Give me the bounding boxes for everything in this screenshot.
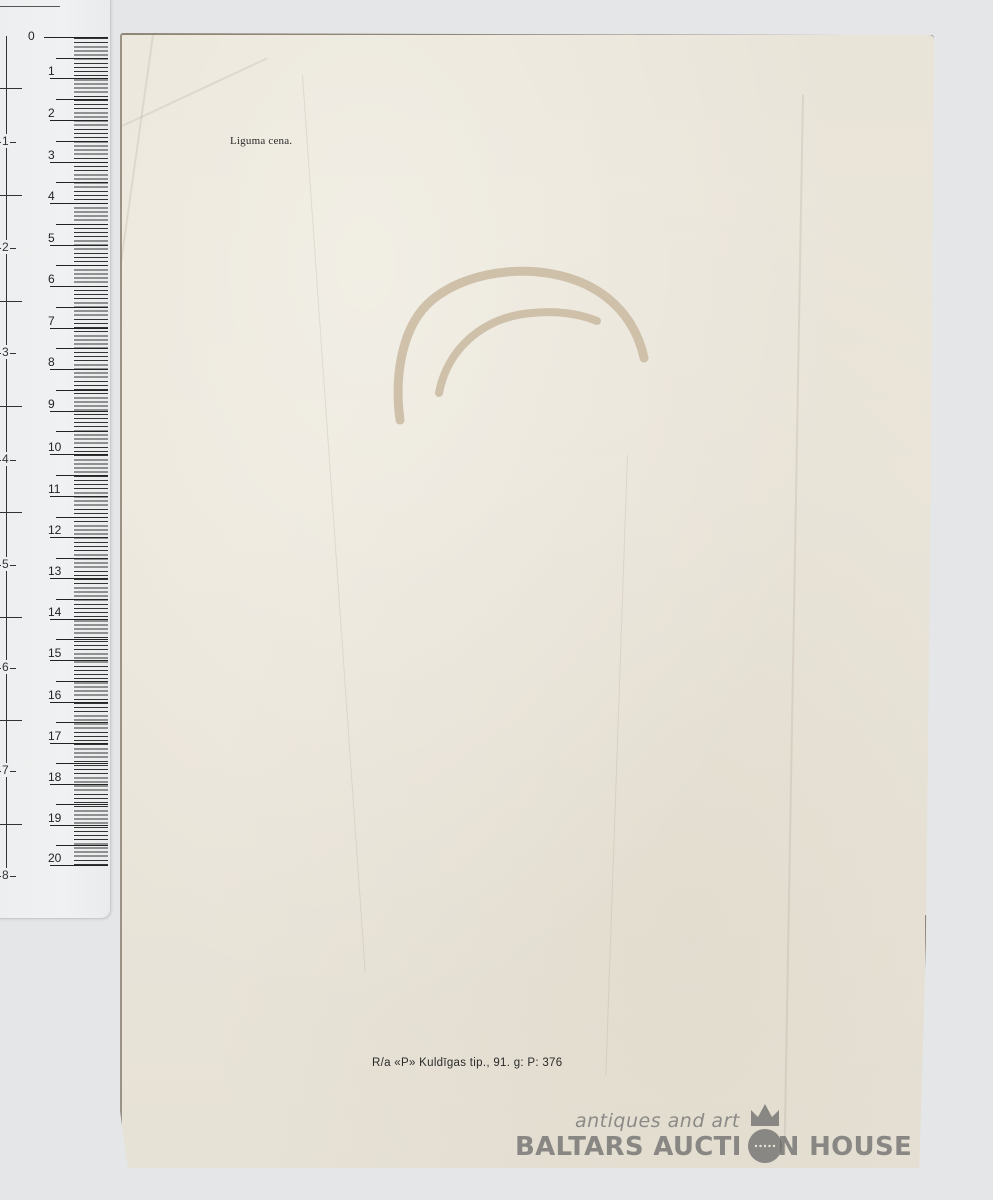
cm-major-tick: [50, 120, 108, 121]
inch-half-tick: [0, 617, 22, 618]
inch-half-tick: [0, 406, 22, 407]
binding-edge: [925, 915, 928, 975]
inch-label: 5: [1, 557, 10, 571]
cm-half-tick: [56, 99, 108, 100]
cm-label: 1: [48, 64, 55, 78]
cm-half-tick: [56, 722, 108, 723]
printer-imprint: R/a «P» Kuldīgas tip., 91. g: P: 376: [372, 1057, 562, 1069]
inch-label: 6: [1, 660, 10, 674]
cm-major-tick: [50, 369, 108, 370]
watermark-name: BALTARS AUCTIN HOUSE: [515, 1132, 912, 1162]
cm-half-tick: [56, 845, 108, 846]
cm-half-tick: [56, 390, 108, 391]
cm-label: 5: [48, 231, 55, 245]
cm-label: 15: [48, 646, 61, 660]
cm-label: 13: [48, 564, 61, 578]
booklet-back-cover: Liguma cena. R/a «P» Kuldīgas tip., 91. …: [120, 33, 934, 1168]
cm-major-tick: [50, 162, 108, 163]
cm-label: 16: [48, 688, 61, 702]
paper-crease: [302, 75, 366, 973]
inch-half-tick: [0, 824, 22, 825]
cm-half-tick: [56, 475, 108, 476]
ruler-top-line: [0, 6, 60, 7]
cm-label: 7: [48, 314, 55, 328]
cm-major-tick: [50, 203, 108, 204]
cm-major-tick: [50, 660, 108, 661]
cm-label: 14: [48, 605, 61, 619]
cm-label: 17: [48, 729, 61, 743]
inch-half-tick: [0, 88, 22, 89]
cm-half-tick: [56, 307, 108, 308]
cm-half-tick: [56, 58, 108, 59]
cm-major-tick: [50, 454, 108, 455]
price-label: Liguma cena.: [230, 135, 292, 147]
cm-major-tick: [50, 825, 108, 826]
inch-label: 2: [1, 240, 10, 254]
cm-label: 6: [48, 272, 55, 286]
cm-half-tick: [56, 639, 108, 640]
cm-major-tick: [50, 578, 108, 579]
inch-label: 4: [1, 452, 10, 466]
inch-half-tick: [0, 301, 22, 302]
cm-label: 10: [48, 440, 61, 454]
cm-half-tick: [56, 224, 108, 225]
inch-label: 7: [1, 763, 10, 777]
cm-label: 3: [48, 148, 55, 162]
cm-half-tick: [56, 804, 108, 805]
cm-label: 19: [48, 811, 61, 825]
cm-half-tick: [56, 517, 108, 518]
cm-major-tick: [50, 743, 108, 744]
cm-major-tick: [50, 286, 108, 287]
cm-major-tick: [50, 619, 108, 620]
inch-label: 8: [1, 868, 10, 882]
cm-label: 9: [48, 397, 55, 411]
cm-half-tick: [56, 599, 108, 600]
cm-half-tick: [56, 182, 108, 183]
cm-major-tick: [50, 78, 108, 79]
cm-half-tick: [56, 681, 108, 682]
cm-label: 2: [48, 106, 55, 120]
cm-label: 11: [48, 482, 60, 496]
watermark-subtitle: antiques and art: [575, 1110, 740, 1132]
cm-major-tick: [50, 784, 108, 785]
watermark-name-left: BALTARS AUCTI: [515, 1132, 742, 1162]
cm-label: 8: [48, 355, 55, 369]
coffee-ring-stain: [392, 255, 652, 425]
inch-half-tick: [0, 512, 22, 513]
cm-half-tick: [56, 763, 108, 764]
cm-major-tick: [50, 245, 108, 246]
watermark-name-right: N HOUSE: [778, 1132, 912, 1162]
cm-label: 12: [48, 523, 61, 537]
cm-major-tick: [50, 537, 108, 538]
cm-label: 20: [48, 851, 61, 865]
cm-major-tick: [50, 411, 108, 412]
inch-half-tick: [0, 720, 22, 721]
cm-half-tick: [56, 141, 108, 142]
cm-half-tick: [56, 265, 108, 266]
crown-orb-icon: [747, 1102, 783, 1166]
cm-half-tick: [56, 558, 108, 559]
inch-label: 1: [1, 134, 10, 148]
cm-major-tick: [50, 865, 108, 866]
cm-label: 18: [48, 770, 61, 784]
cm-major-tick: [50, 328, 108, 329]
cm-half-tick: [56, 348, 108, 349]
paper-crease: [784, 95, 804, 1155]
measuring-ruler: 1 2 3 4 5 6 7 8 0 1 2 3: [0, 0, 111, 919]
paper-crease: [605, 455, 628, 1075]
cm-label: 0: [28, 29, 35, 43]
cm-major-tick: [50, 702, 108, 703]
auction-house-watermark: antiques and art BALTARS AUCTIN HOUSE: [515, 1100, 910, 1170]
cm-label: 4: [48, 189, 55, 203]
cm-half-tick: [56, 431, 108, 432]
inch-half-tick: [0, 195, 22, 196]
cm-major-tick: [50, 496, 108, 497]
cm-major-tick: [44, 37, 108, 38]
inch-label: 3: [1, 345, 10, 359]
